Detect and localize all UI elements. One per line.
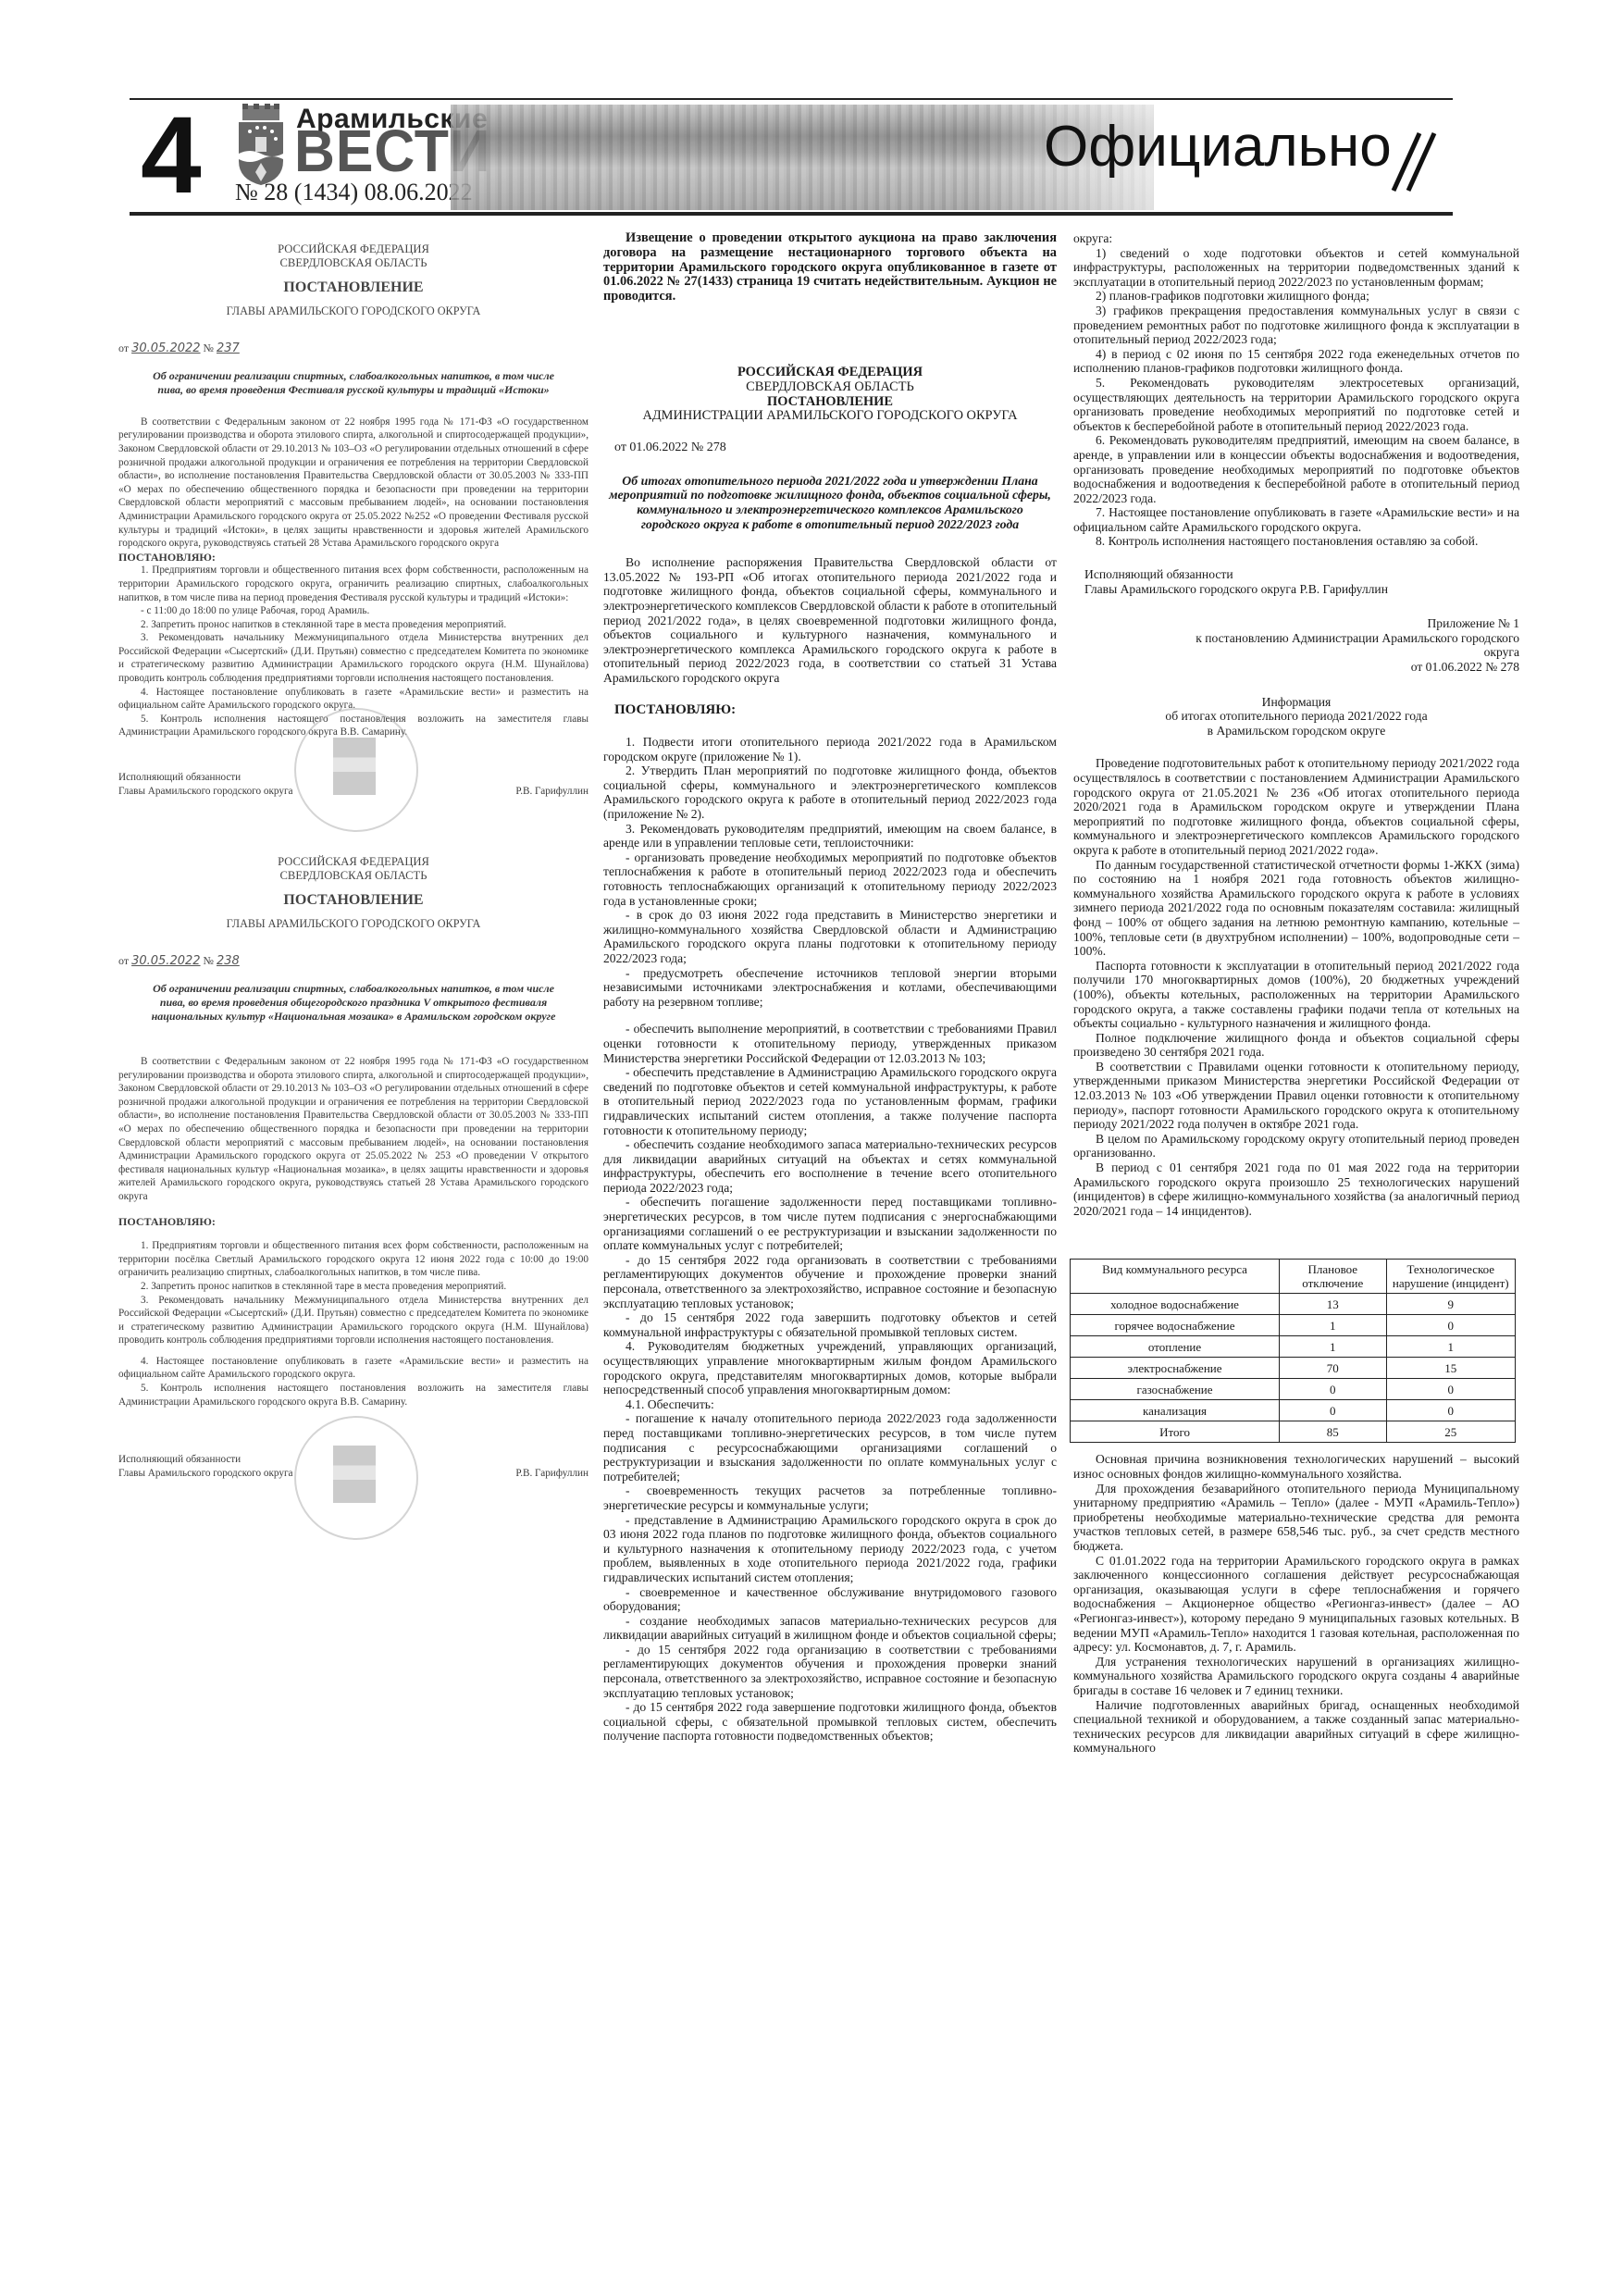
appendix-reference: Приложение № 1 к постановлению Администр… [1073,616,1519,674]
paragraph: 2. Утвердить План мероприятий по подгото… [603,763,1057,821]
decree-278-header: РОССИЙСКАЯ ФЕДЕРАЦИЯ СВЕРДЛОВСКАЯ ОБЛАСТ… [603,366,1057,424]
date-prefix: от [118,341,129,354]
masthead-top-rule [130,98,1453,100]
decree-item: 4. Настоящее постановление опубликовать … [118,1355,588,1382]
appendix-heading-line-3: в Арамильском городском округе [1073,724,1519,738]
column-header: Вид коммунального ресурса [1071,1260,1280,1294]
cell: 1 [1280,1336,1386,1358]
appendix-ref-line-3: от 01.06.2022 № 278 [1073,660,1519,675]
decree-item: 5. Контроль исполнения настоящего постан… [118,1382,588,1409]
cell: 0 [1386,1400,1516,1421]
issuer-label: ГЛАВЫ АРАМИЛЬСКОГО ГОРОДСКОГО ОКРУГА [118,917,588,931]
cell: электроснабжение [1071,1358,1280,1379]
cell: Итого [1071,1421,1280,1443]
cell: холодное водоснабжение [1071,1294,1280,1315]
document-type: ПОСТАНОВЛЕНИЕ [118,894,588,908]
section-title: Официально [1044,114,1392,180]
paragraph: 3. Рекомендовать руководителям предприят… [603,822,1057,850]
date-line: от 01.06.2022 № 278 [614,441,1057,455]
signer-title: Исполняющий обязанности Главы Арамильско… [118,1453,293,1480]
table-row: отопление 1 1 [1071,1336,1516,1358]
decree-item: 2. Запретить пронос напитков в стеклянно… [118,1280,588,1294]
paragraph: 2) планов-графиков подготовки жилищного … [1073,289,1519,304]
appendix-heading-line-1: Информация [1073,695,1519,710]
document-title: Об ограничении реализации спиртных, слаб… [146,982,561,1024]
paragraph: 6. Рекомендовать руководителям предприят… [1073,433,1519,505]
paragraph: - до 15 сентября 2022 года организацию в… [603,1643,1057,1700]
region-label: СВЕРДЛОВСКАЯ ОБЛАСТЬ [603,380,1057,395]
region-label: СВЕРДЛОВСКАЯ ОБЛАСТЬ [118,869,588,883]
middle-column: Извещение о проведении открытого аукцион… [603,231,1057,1744]
cell: 1 [1386,1336,1516,1358]
document-title: Об ограничении реализации спиртных, слаб… [146,369,561,397]
paragraph: 7. Настоящее постановление опубликовать … [1073,505,1519,534]
decree-item: 2. Запретить пронос напитков в стеклянно… [118,618,588,632]
paragraph: - создание необходимых запасов материаль… [603,1614,1057,1643]
auction-cancellation-notice: Извещение о проведении открытого аукцион… [603,231,1057,304]
decree-label: ПОСТАНОВЛЯЮ: [118,1215,588,1229]
paragraph: В соответствии с Правилами оценки готовн… [1073,1060,1519,1132]
signer-line: Главы Арамильского городского округа Р.В… [1084,582,1519,597]
cell: 0 [1280,1400,1386,1421]
signature-block: Исполняющий обязанности Главы Арамильско… [1084,567,1519,596]
decree-237: РОССИЙСКАЯ ФЕДЕРАЦИЯ СВЕРДЛОВСКАЯ ОБЛАСТ… [118,231,588,798]
signer-title-line-2: Главы Арамильского городского округа [118,785,293,799]
paragraph: Основная причина возникновения технологи… [1073,1452,1519,1481]
official-stamp-icon [294,708,418,832]
country-label: РОССИЙСКАЯ ФЕДЕРАЦИЯ [118,242,588,256]
column-header: Технологическое нарушение (инцидент) [1386,1260,1516,1294]
cell: 13 [1280,1294,1386,1315]
signer-name: Р.В. Гарифуллин [515,785,588,799]
paragraph: 1) сведений о ходе подготовки объектов и… [1073,246,1519,290]
date-line: от 30.05.2022 № 237 [118,341,588,356]
cell: горячее водоснабжение [1071,1315,1280,1336]
cell: 15 [1386,1358,1516,1379]
table-row: электроснабжение 70 15 [1071,1358,1516,1379]
table-row: канализация 0 0 [1071,1400,1516,1421]
cell: 9 [1386,1294,1516,1315]
date-line: от 30.05.2022 № 238 [118,954,588,969]
paragraph: округа: [1073,231,1519,246]
paragraph: - до 15 сентября 2022 года организовать … [603,1253,1057,1310]
cell: отопление [1071,1336,1280,1358]
signature-block: Исполняющий обязанности Главы Арамильско… [118,1453,588,1480]
paragraph: - обеспечить создание необходимого запас… [603,1137,1057,1195]
cell: канализация [1071,1400,1280,1421]
table-row: газоснабжение 0 0 [1071,1379,1516,1400]
paragraph: - своевременность текущих расчетов за по… [603,1483,1057,1512]
date-prefix: от [118,954,129,967]
table-total-row: Итого 85 25 [1071,1421,1516,1443]
paragraph: - погашение к началу отопительного перио… [603,1411,1057,1483]
country-label: РОССИЙСКАЯ ФЕДЕРАЦИЯ [118,855,588,869]
document-title: Об итогах отопительного периода 2021/202… [609,474,1051,531]
paragraph: 4) в период с 02 июня по 15 сентября 202… [1073,347,1519,376]
column-header: Плановое отключение [1280,1260,1386,1294]
cell: газоснабжение [1071,1379,1280,1400]
number-prefix: № [204,954,214,967]
decree-label: ПОСТАНОВЛЯЮ: [614,703,1057,718]
preamble: В соответствии с Федеральным законом от … [118,416,588,551]
paragraph: - обеспечить выполнение мероприятий, в с… [603,1022,1057,1065]
cell: 0 [1280,1379,1386,1400]
coat-of-arms-icon [237,104,285,187]
number-prefix: № [204,341,214,354]
signer-title: Исполняющий обязанности Главы Арамильско… [118,771,293,798]
paragraph: - представление в Администрацию Арамильс… [603,1513,1057,1585]
paragraph: С 01.01.2022 года на территории Арамильс… [1073,1554,1519,1655]
page-number: 4 [141,109,202,202]
preamble: В соответствии с Федеральным законом от … [118,1055,588,1204]
paragraph: Для устранения технологических нарушений… [1073,1655,1519,1698]
region-label: СВЕРДЛОВСКАЯ ОБЛАСТЬ [118,256,588,270]
double-slash-icon [1388,130,1440,194]
signer-title-line-1: Исполняющий обязанности [118,771,293,785]
table-row: холодное водоснабжение 13 9 [1071,1294,1516,1315]
decree-item: - с 11:00 до 18:00 по улице Рабочая, гор… [118,604,588,618]
paragraph: 5. Рекомендовать руководителям электросе… [1073,376,1519,433]
paragraph: 4.1. Обеспечить: [603,1397,1057,1412]
paragraph: 3) графиков прекращения предоставления к… [1073,304,1519,347]
signer-title: Исполняющий обязанности [1084,567,1519,582]
paragraph: Для прохождения безаварийного отопительн… [1073,1482,1519,1554]
paragraph: - в срок до 03 июня 2022 года представит… [603,908,1057,965]
paragraph: Проведение подготовительных работ к отоп… [1073,756,1519,857]
document-type: ПОСТАНОВЛЕНИЕ [603,395,1057,410]
paragraph: Паспорта готовности к эксплуатации в ото… [1073,959,1519,1031]
paragraph: Полное подключение жилищного фонда и объ… [1073,1031,1519,1060]
decree-label: ПОСТАНОВЛЯЮ: [118,551,588,565]
signer-title-line-1: Исполняющий обязанности [118,1453,293,1467]
paragraph: В период с 01 сентября 2021 года по 01 м… [1073,1160,1519,1218]
right-column: округа: 1) сведений о ходе подготовки об… [1073,231,1519,1756]
preamble: Во исполнение распоряжения Правительства… [603,555,1057,685]
cell: 0 [1386,1379,1516,1400]
left-column: РОССИЙСКАЯ ФЕДЕРАЦИЯ СВЕРДЛОВСКАЯ ОБЛАСТ… [118,231,588,1480]
paragraph: Наличие подготовленных аварийных бригад,… [1073,1698,1519,1756]
decree-item: 3. Рекомендовать начальнику Межмуниципал… [118,631,588,685]
decree-item: 3. Рекомендовать начальнику Межмуниципал… [118,1294,588,1347]
paragraph: - организовать проведение необходимых ме… [603,850,1057,908]
paragraph: В целом по Арамильскому городскому округ… [1073,1132,1519,1160]
signature-block: Исполняющий обязанности Главы Арамильско… [118,771,588,798]
handwritten-date: 30.05.2022 [131,954,200,968]
cell: 85 [1280,1421,1386,1443]
decree-item: 1. Предприятиям торговли и общественного… [118,1239,588,1280]
issuer-label: АДМИНИСТРАЦИИ АРАМИЛЬСКОГО ГОРОДСКОГО ОК… [603,409,1057,424]
table-row: горячее водоснабжение 1 0 [1071,1315,1516,1336]
masthead-bottom-rule [130,212,1453,216]
appendix-label: Приложение № 1 [1073,616,1519,631]
paragraph: - предусмотреть обеспечение источников т… [603,966,1057,1010]
paragraph: - до 15 сентября 2022 года завершить под… [603,1310,1057,1339]
cell: 25 [1386,1421,1516,1443]
appendix-ref-line-2: округа [1073,645,1519,660]
issue-number: № 28 (1434) 08.06.2022 [235,179,473,206]
table-header-row: Вид коммунального ресурса Плановое отклю… [1071,1260,1516,1294]
paragraph: 8. Контроль исполнения настоящего постан… [1073,534,1519,549]
paragraph: - обеспечить представление в Администрац… [603,1065,1057,1137]
cell: 70 [1280,1358,1386,1379]
cell: 0 [1386,1315,1516,1336]
appendix-ref-line-1: к постановлению Администрации Арамильско… [1073,631,1519,646]
decree-238: РОССИЙСКАЯ ФЕДЕРАЦИЯ СВЕРДЛОВСКАЯ ОБЛАСТ… [118,855,588,1480]
paragraph: По данным государственной статистической… [1073,858,1519,959]
official-stamp-icon [294,1416,418,1540]
cell: 1 [1280,1315,1386,1336]
appendix-heading: Информация об итогах отопительного перио… [1073,695,1519,738]
issuer-label: ГЛАВЫ АРАМИЛЬСКОГО ГОРОДСКОГО ОКРУГА [118,304,588,318]
paragraph: - обеспечить погашение задолженности пер… [603,1195,1057,1252]
paragraph: 1. Подвести итоги отопительного периода … [603,735,1057,763]
handwritten-date: 30.05.2022 [131,341,200,355]
handwritten-number: 238 [217,954,240,968]
signer-title-line-2: Главы Арамильского городского округа [118,1467,293,1481]
appendix-heading-line-2: об итогах отопительного периода 2021/202… [1073,709,1519,724]
country-label: РОССИЙСКАЯ ФЕДЕРАЦИЯ [603,366,1057,380]
incidents-table: Вид коммунального ресурса Плановое отклю… [1070,1259,1516,1443]
paragraph: - своевременное и качественное обслужива… [603,1585,1057,1614]
document-type: ПОСТАНОВЛЕНИЕ [118,281,588,295]
signer-name: Р.В. Гарифуллин [515,1467,588,1481]
handwritten-number: 237 [217,341,240,355]
decree-item: 1. Предприятиям торговли и общественного… [118,564,588,604]
paragraph: - до 15 сентября 2022 года завершение по… [603,1700,1057,1744]
paragraph: 4. Руководителям бюджетных учреждений, у… [603,1339,1057,1396]
